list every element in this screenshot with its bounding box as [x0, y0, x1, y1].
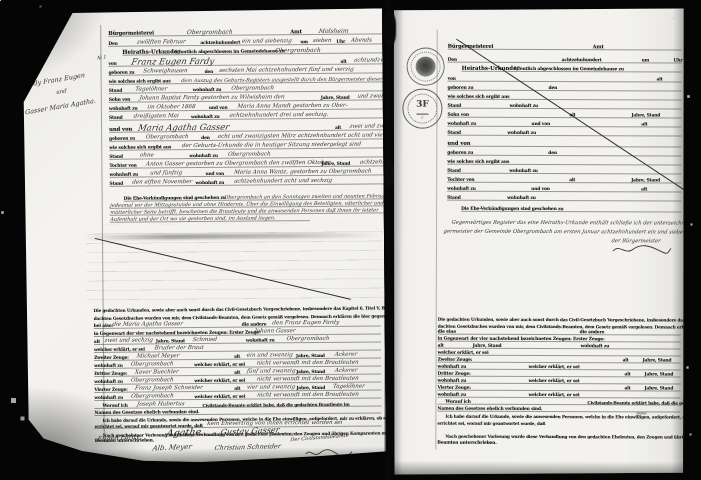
printed-label: Die Ehe-Verkündigungen sind geschehen zu [461, 207, 563, 212]
scan-dust-specks [0, 0, 1, 1]
binding-mark [385, 160, 394, 186]
printed-label: errichtet sei, worauf mir geantwortet wu… [437, 421, 545, 426]
page-gutter [384, 0, 393, 480]
fee-stamp-value: 3F [403, 100, 441, 110]
page-bottom-shade [24, 446, 386, 463]
handwritten-entry: Molsheim [318, 29, 349, 35]
fee-stamp-3f: 3F c [402, 89, 442, 129]
printed-label: wohnhaft zu [507, 196, 536, 201]
printed-label: Heiraths-Urkunde, [462, 66, 519, 72]
printed-label: wohnhaft zu [507, 131, 536, 136]
form-line: errichtet sei, worauf mir geantwortet wu… [437, 417, 680, 426]
form-line: BürgermeistereiAmt [448, 41, 682, 51]
printed-label: Stand [447, 131, 461, 135]
margin-und: und [56, 88, 67, 96]
form-line: Beamten unterschrieben. [437, 437, 557, 445]
scanned-register-spread: № 1 Fardy Franz Eugen und Gasser Maria A… [0, 0, 701, 480]
handwritten-entry: Obergrombach [186, 30, 233, 36]
form-line: Gegenwärtiges Register das eine Heiraths… [443, 217, 683, 226]
form-line: der Bürgermeister [443, 235, 683, 244]
printed-label: Bürgermeisterei [448, 44, 494, 49]
page-fold-shade [20, 11, 111, 82]
form-line: Die Ehe-Verkündigungen sind geschehen zu [461, 203, 681, 213]
margin-bride-name: Gasser Maria Agatha. [25, 97, 96, 117]
printed-label: Stand [447, 196, 461, 200]
gutter-shade [392, 7, 404, 474]
form-line: Standwohnhaft zu [447, 127, 681, 137]
form-line: Standden elften Novemberwohnhaft zuachtz… [109, 175, 383, 186]
right-page: 3F c BürgermeistereiAmtDenachtzehnhunder… [392, 7, 685, 475]
binding-mark [383, 12, 396, 46]
handwritten-entry: Aufenthalt und der Ort wo sie gestorben … [110, 216, 276, 222]
form-line: Standwohnhaft zu [447, 192, 681, 202]
printed-label: Stand [110, 182, 124, 187]
printed-label: Den [448, 58, 457, 62]
printed-label: Amt [593, 45, 604, 50]
printed-label: wohnhaft zu [196, 181, 225, 186]
fee-stamp-cent: c [403, 115, 441, 120]
form-line: Heiraths-Urkunde,öffentlich abgeschlosse… [462, 63, 682, 73]
printed-label: Bürgermeisterei [108, 31, 154, 37]
form-line: germeister der Gemeinde Obergrombach am … [443, 226, 683, 235]
printed-label: Den [108, 42, 117, 46]
form-line: Aufenthalt und der Ort wo sie gestorben … [110, 212, 310, 223]
printed-label: Beamten unterschrieben. [437, 441, 496, 446]
printed-label: öffentlich abgeschlossen im Gemeindehaus… [514, 68, 624, 73]
left-page: № 1 Fardy Franz Eugen und Gasser Maria A… [20, 8, 386, 463]
handwritten-entry: achtzehnhundert acht und sechzig [234, 179, 333, 185]
handwritten-entry: der Bürgermeister [611, 239, 661, 244]
official-seal-stamp [403, 44, 449, 90]
handwritten-entry: den elften November [132, 180, 193, 186]
printed-label: Amt [290, 30, 302, 35]
signature: Agathe [166, 427, 202, 440]
page-bottom-shade [392, 460, 683, 475]
